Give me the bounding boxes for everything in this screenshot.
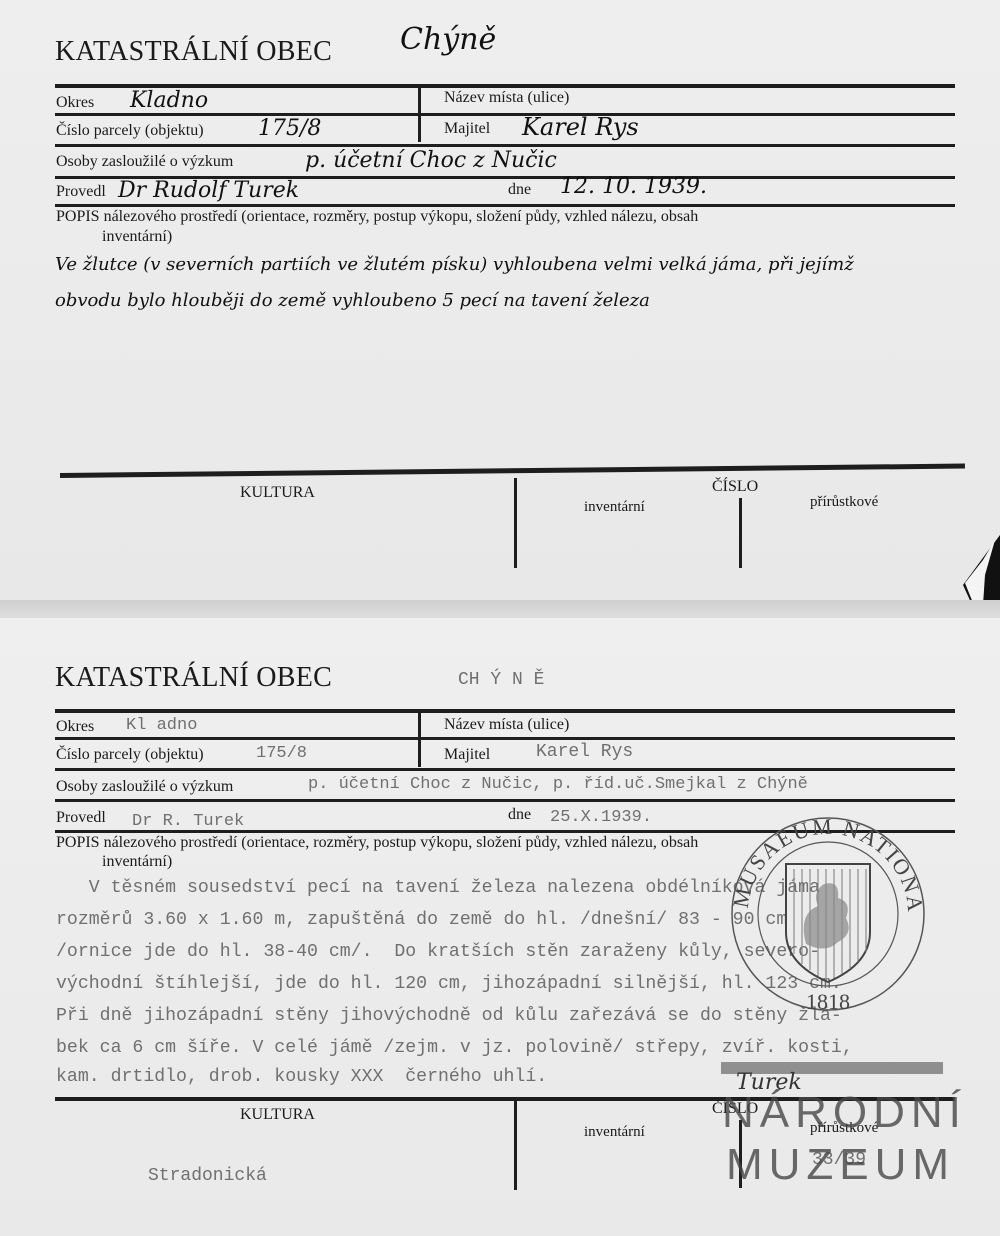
divider [55, 144, 955, 147]
divider [60, 464, 965, 478]
popis-line: bek ca 6 cm šíře. V celé jámě /zejm. v j… [56, 1038, 853, 1058]
svg-text:1818: 1818 [806, 989, 850, 1014]
divider [55, 799, 955, 802]
cislo-parcely-value: 175/8 [256, 744, 307, 763]
majitel-value: Karel Rys [536, 742, 633, 762]
kultura-value: Stradonická [148, 1166, 267, 1186]
popis-line: kam. drtidlo, drob. kousky XXX černého u… [56, 1067, 547, 1087]
card-gap [0, 600, 1000, 620]
popis-label: POPIS nálezového prostředí (orientace, r… [56, 208, 698, 226]
catalog-card-handwritten: KATASTRÁLNÍ OBEC Chýně Okres Kladno Náze… [0, 0, 1000, 615]
divider [55, 737, 955, 740]
majitel-value: Karel Rys [522, 113, 639, 141]
popis-label-cont: inventární) [102, 853, 172, 871]
cadastral-title-label: KATASTRÁLNÍ OBEC [55, 36, 332, 68]
popis-line: /ornice jde do hl. 38-40 cm/. Do kratšíc… [56, 942, 820, 962]
divider [55, 709, 955, 713]
provedl-value: Dr Rudolf Turek [118, 178, 299, 203]
popis-line: V těsném sousedství pecí na tavení želez… [56, 878, 820, 898]
popis-label-cont: inventární) [102, 228, 172, 246]
cislo-parcely-label: Číslo parcely (objektu) [56, 122, 204, 140]
nazev-label: Název místa (ulice) [444, 716, 569, 734]
majitel-label: Majitel [444, 746, 490, 764]
nazev-label: Název místa (ulice) [444, 89, 569, 107]
watermark-line-1: NÁRODNÍ [722, 1088, 967, 1138]
provedl-label: Provedl [56, 183, 106, 201]
provedl-value: Dr R. Turek [132, 812, 244, 831]
divider [55, 113, 955, 116]
kultura-label: KULTURA [240, 484, 315, 502]
osoby-label: Osoby zasloužilé o výzkum [56, 153, 233, 171]
watermark-line-2: MUZEUM [726, 1140, 955, 1190]
cislo-label: ČÍSLO [712, 478, 758, 496]
okres-label: Okres [56, 718, 94, 736]
okres-value: Kl adno [126, 716, 197, 735]
osoby-value: p. účetní Choc z Nučic [305, 148, 557, 173]
dne-value: 25.X.1939. [550, 808, 652, 827]
dne-label: dne [508, 806, 531, 824]
folded-corner [955, 535, 1000, 610]
kultura-label: KULTURA [240, 1106, 315, 1124]
divider [55, 204, 955, 207]
popis-line: rozměrů 3.60 x 1.60 m, zapuštěná do země… [56, 910, 787, 930]
divider [739, 498, 742, 568]
popis-line: Ve žlutce (v severních partiích ve žluté… [55, 254, 854, 275]
catalog-card-typed: KATASTRÁLNÍ OBEC CH Ý N Ě Okres Kl adno … [0, 618, 1000, 1236]
provedl-label: Provedl [56, 809, 106, 827]
popis-line: obvodu bylo hlouběji do země vyhloubeno … [55, 290, 650, 311]
okres-label: Okres [56, 94, 94, 112]
osoby-value: p. účetní Choc z Nučic, p. říd.uč.Smejka… [308, 775, 808, 794]
cadastral-title-value: CH Ý N Ě [458, 670, 544, 690]
okres-value: Kladno [130, 88, 208, 113]
divider [514, 1100, 517, 1190]
popis-label: POPIS nálezového prostředí (orientace, r… [56, 834, 698, 852]
divider [55, 768, 955, 771]
dne-value: 12. 10. 1939. [560, 174, 707, 199]
popis-line: Při dně jihozápadní stěny jihovýchodně o… [56, 1006, 842, 1026]
dne-label: dne [508, 181, 531, 199]
cislo-parcely-label: Číslo parcely (objektu) [56, 746, 204, 764]
cislo-parcely-value: 175/8 [258, 116, 321, 141]
cadastral-title-value: Chýně [400, 22, 496, 57]
prirustkove-label: přírůstkové [810, 494, 878, 511]
museum-seal-stamp: MUSAEUM NATIONALE 1818 [728, 814, 928, 1014]
osoby-label: Osoby zasloužilé o výzkum [56, 778, 233, 796]
popis-line: východní štíhlejší, jde do hl. 120 cm, j… [56, 974, 842, 994]
cadastral-title-label: KATASTRÁLNÍ OBEC [55, 662, 332, 694]
inventarni-label: inventární [584, 499, 645, 516]
divider [514, 478, 517, 568]
majitel-label: Majitel [444, 120, 490, 138]
inventarni-label: inventární [584, 1124, 645, 1141]
